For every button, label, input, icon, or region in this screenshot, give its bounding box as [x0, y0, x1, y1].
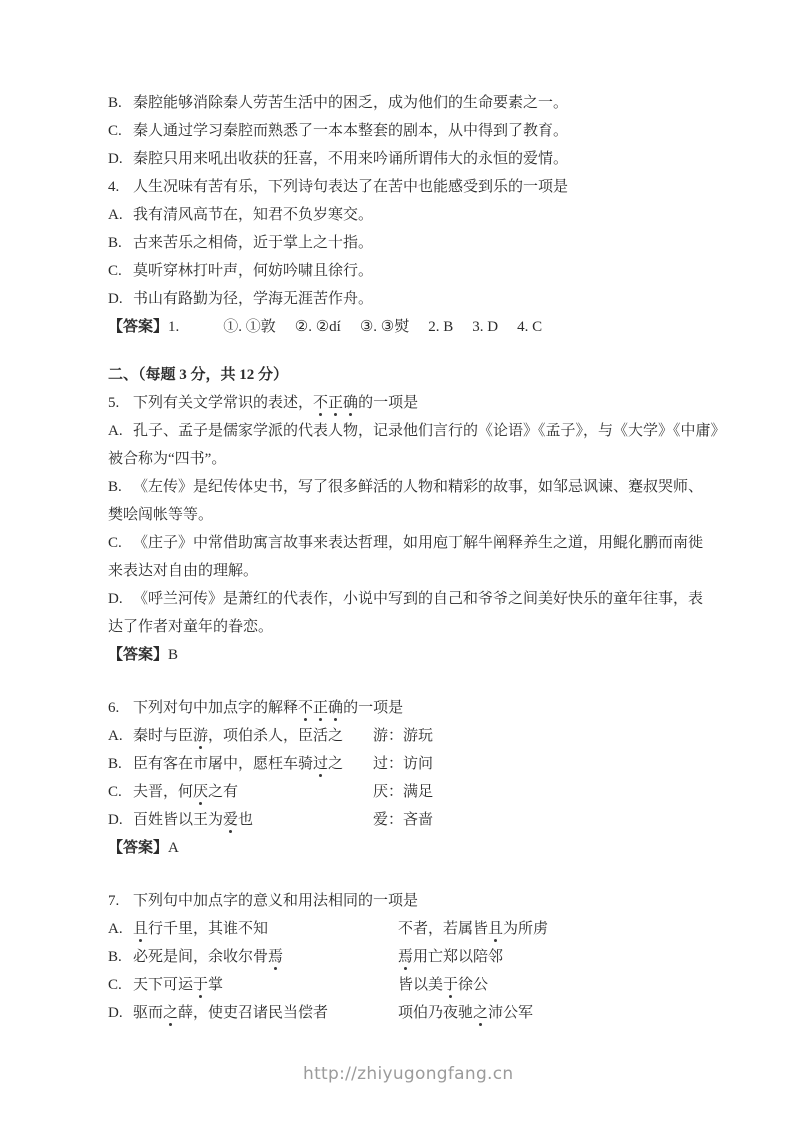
answer-token: 4. C [517, 319, 542, 335]
option-label: C. [108, 117, 133, 145]
question-title: 下列对句中加点字的解释不正确的一项是 [133, 700, 403, 716]
question-title-line: 7.下列句中加点字的意义和用法相同的一项是 [108, 887, 728, 915]
question-number: 4. [108, 173, 133, 201]
question-number: 5. [108, 389, 133, 417]
option-sentence-left: 必死是间，余收尔骨焉 [133, 949, 283, 965]
option-text: 《左传》是纪传体史书，写了很多鲜活的人物和精彩的故事，如邹忌讽谏、蹇叔哭师、 [133, 479, 703, 495]
option-text: 我有清风高节在，知君不负岁寒交。 [133, 207, 373, 223]
option-line: D.百姓皆以王为爱也爱：吝啬 [108, 806, 728, 834]
option-line: D.驱而之薛，使吏召诸民当偿者项伯乃夜驰之沛公军 [108, 999, 728, 1027]
option-line: D.书山有路勤为径，学海无涯苦作舟。 [108, 285, 728, 313]
option-sentence-right: 皆以美于徐公 [398, 971, 488, 999]
option-line: C.夫晋，何厌之有厌：满足 [108, 778, 728, 806]
question-title: 人生况味有苦有乐，下列诗句表达了在苦中也能感受到乐的一项是 [133, 179, 568, 195]
option-text: 秦腔只用来吼出收获的狂喜，不用来吟诵所谓伟大的永恒的爱情。 [133, 151, 568, 167]
question-title-line: 5.下列有关文学常识的表述，不正确的一项是 [108, 389, 728, 417]
option-line: C.秦人通过学习秦腔而熟悉了一本本整套的剧本，从中得到了教育。 [108, 117, 728, 145]
option-sentence: 夫晋，何厌之有 [133, 784, 238, 800]
option-sentence: 秦时与臣游，项伯杀人，臣活之 [133, 728, 343, 744]
answer-line: 【答案】B [108, 641, 728, 669]
option-label: B. [108, 750, 133, 778]
answer-token: 3. D [472, 319, 498, 335]
section-heading: 二、（每题 3 分，共 12 分） [108, 361, 728, 389]
option-label: A. [108, 915, 133, 943]
option-text: 孔子、孟子是儒家学派的代表人物，记录他们言行的《论语》《孟子》，与《大学》《中庸… [133, 423, 726, 439]
option-line: D.《呼兰河传》是萧红的代表作，小说中写到的自己和爷爷之间美好快乐的童年往事，表 [108, 585, 728, 613]
question-title-line: 6.下列对句中加点字的解释不正确的一项是 [108, 694, 728, 722]
option-label: D. [108, 285, 133, 313]
question-title: 下列有关文学常识的表述，不正确的一项是 [133, 395, 418, 411]
option-continuation-line: 达了作者对童年的眷恋。 [108, 613, 728, 641]
option-line: B.古来苦乐之相倚，近于掌上之十指。 [108, 229, 728, 257]
option-line: C.《庄子》中常借助寓言故事来表达哲理，如用庖丁解牛阐释养生之道，用鲲化鹏而南徙 [108, 529, 728, 557]
option-label: B. [108, 229, 133, 257]
option-line: A.秦时与臣游，项伯杀人，臣活之游：游玩 [108, 722, 728, 750]
option-line: B.秦腔能够消除秦人劳苦生活中的困乏，成为他们的生命要素之一。 [108, 89, 728, 117]
answer-token: ②. ②dí [295, 319, 341, 335]
option-text: 莫听穿林打叶声，何妨吟啸且徐行。 [133, 263, 373, 279]
option-label: C. [108, 971, 133, 999]
option-continuation-line: 来表达对自由的理解。 [108, 557, 728, 585]
answer-value: A [168, 840, 179, 856]
option-label: A. [108, 722, 133, 750]
answer-token: 1. [168, 319, 179, 335]
option-text: 《呼兰河传》是萧红的代表作，小说中写到的自己和爷爷之间美好快乐的童年往事，表 [133, 591, 703, 607]
option-label: D. [108, 999, 133, 1027]
answer-line: 【答案】A [108, 834, 728, 862]
gloss-text: 过：访问 [373, 750, 433, 778]
option-label: A. [108, 201, 133, 229]
option-line: B.必死是间，余收尔骨焉焉用亡郑以陪邻 [108, 943, 728, 971]
option-sentence-right: 焉用亡郑以陪邻 [398, 943, 503, 971]
option-line: C.莫听穿林打叶声，何妨吟啸且徐行。 [108, 257, 728, 285]
answer-token: ③. ③熨 [360, 319, 409, 335]
answer-label: 【答案】 [108, 840, 168, 856]
question-number: 7. [108, 887, 133, 915]
answer-token: 2. B [428, 319, 453, 335]
option-sentence: 百姓皆以王为爱也 [133, 812, 253, 828]
option-line: C.天下可运于掌皆以美于徐公 [108, 971, 728, 999]
option-text: 古来苦乐之相倚，近于掌上之十指。 [133, 235, 373, 251]
option-label: D. [108, 806, 133, 834]
exam-document-page: B.秦腔能够消除秦人劳苦生活中的困乏，成为他们的生命要素之一。 C.秦人通过学习… [0, 0, 793, 1122]
option-continuation-line: 被合称为“四书”。 [108, 445, 728, 473]
question-title: 下列句中加点字的意义和用法相同的一项是 [133, 893, 418, 909]
option-line: A.孔子、孟子是儒家学派的代表人物，记录他们言行的《论语》《孟子》，与《大学》《… [108, 417, 728, 445]
option-line: D.秦腔只用来吼出收获的狂喜，不用来吟诵所谓伟大的永恒的爱情。 [108, 145, 728, 173]
option-label: B. [108, 473, 133, 501]
answer-line: 【答案】1.①. ①敦②. ②dí③. ③熨2. B3. D4. C [108, 313, 728, 341]
option-text: 《庄子》中常借助寓言故事来表达哲理，如用庖丁解牛阐释养生之道，用鲲化鹏而南徙 [133, 535, 703, 551]
option-sentence-left: 驱而之薛，使吏召诸民当偿者 [133, 1005, 328, 1021]
option-sentence-left: 且行千里，其谁不知 [133, 921, 268, 937]
option-text: 秦人通过学习秦腔而熟悉了一本本整套的剧本，从中得到了教育。 [133, 123, 568, 139]
option-line: A.且行千里，其谁不知不者，若属皆且为所虏 [108, 915, 728, 943]
option-label: C. [108, 529, 133, 557]
gloss-text: 爱：吝啬 [373, 806, 433, 834]
option-line: B.臣有客在市屠中，愿枉车骑过之过：访问 [108, 750, 728, 778]
answer-token: ①. ①敦 [223, 319, 276, 335]
question-title-line: 4.人生况味有苦有乐，下列诗句表达了在苦中也能感受到乐的一项是 [108, 173, 728, 201]
option-sentence-right: 项伯乃夜驰之沛公军 [398, 999, 533, 1027]
option-line: B.《左传》是纪传体史书，写了很多鲜活的人物和精彩的故事，如邹忌讽谏、蹇叔哭师、 [108, 473, 728, 501]
answer-label: 【答案】 [108, 319, 168, 335]
option-label: D. [108, 145, 133, 173]
option-sentence-left: 天下可运于掌 [133, 977, 223, 993]
question-number: 6. [108, 694, 133, 722]
option-label: C. [108, 257, 133, 285]
option-label: B. [108, 89, 133, 117]
gloss-text: 游：游玩 [373, 722, 433, 750]
option-sentence-right: 不者，若属皆且为所虏 [398, 915, 548, 943]
option-label: A. [108, 417, 133, 445]
option-text: 书山有路勤为径，学海无涯苦作舟。 [133, 291, 373, 307]
answer-value: B [168, 647, 178, 663]
footer-url: http://zhiyugongfang.cn [303, 1064, 514, 1084]
option-label: D. [108, 585, 133, 613]
option-line: A.我有清风高节在，知君不负岁寒交。 [108, 201, 728, 229]
gloss-text: 厌：满足 [373, 778, 433, 806]
answer-label: 【答案】 [108, 647, 168, 663]
option-text: 秦腔能够消除秦人劳苦生活中的困乏，成为他们的生命要素之一。 [133, 95, 568, 111]
document-content: B.秦腔能够消除秦人劳苦生活中的困乏，成为他们的生命要素之一。 C.秦人通过学习… [108, 89, 728, 1027]
option-label: C. [108, 778, 133, 806]
option-sentence: 臣有客在市屠中，愿枉车骑过之 [133, 756, 343, 772]
option-label: B. [108, 943, 133, 971]
option-continuation-line: 樊哙闯帐等等。 [108, 501, 728, 529]
